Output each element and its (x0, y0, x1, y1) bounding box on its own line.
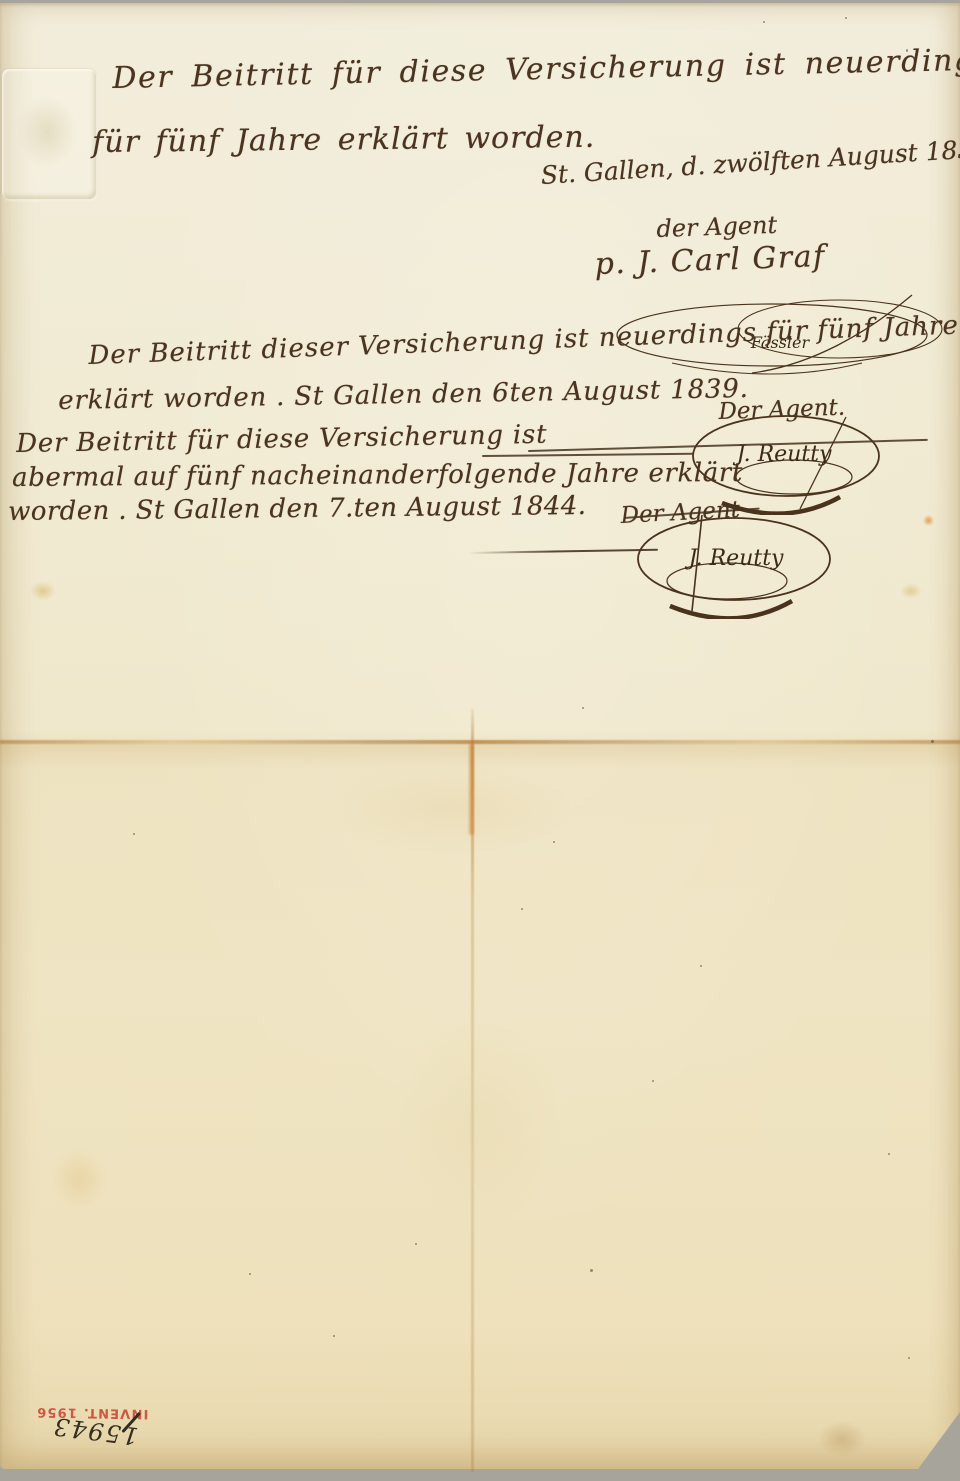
foxing-spot (700, 965, 702, 967)
stain-spot (30, 581, 56, 601)
stain-patch (52, 1149, 106, 1209)
foxing-spot (582, 707, 584, 709)
signature-1844: J. Reutty (632, 511, 844, 619)
foxing-spot (521, 908, 523, 910)
scanned-document: Der Beitritt für diese Versicherung ist … (0, 0, 960, 1481)
foxing-spot (415, 1243, 417, 1245)
stain-wash (400, 1023, 560, 1223)
foxing-spot (249, 1273, 251, 1275)
foxing-spot (845, 17, 847, 19)
entry-1844-line-3: worden . St Gallen den 7.ten August 1844… (8, 491, 587, 527)
signature-1844-text: J. Reutty (685, 546, 785, 571)
foxing-spot (931, 740, 934, 743)
foxing-spot (908, 1357, 910, 1359)
signature-undercurl (670, 601, 792, 618)
entry-1834-signer: p. J. Carl Graf (594, 239, 826, 282)
entry-1834-agent-label: der Agent (656, 211, 778, 243)
paper-sheet: Der Beitritt für diese Versicherung ist … (0, 3, 960, 1469)
foxing-spot (906, 49, 908, 52)
stain-spot (923, 515, 934, 526)
flourish-undercurve (672, 363, 862, 374)
embossed-seal-circle (16, 95, 78, 169)
foxing-spot (553, 841, 555, 843)
stain-spot (818, 1421, 866, 1457)
entry-1834-line-2: für fünf Jahre erklärt worden. (92, 120, 595, 160)
foxing-spot (763, 21, 765, 23)
entry-1834-line-1: Der Beitritt für diese Versicherung ist … (112, 43, 960, 96)
embossed-seal (2, 69, 96, 199)
entry-1834-dateline: St. Gallen, d. zwölften August 1834 (540, 134, 960, 190)
foxing-spot (333, 1335, 335, 1337)
entry-1839-line-2: erklärt worden . St Gallen den 6ten Augu… (58, 374, 749, 416)
entry-1844-line-2: abermal auf fünf nacheinanderfolgende Ja… (12, 458, 743, 493)
foxing-spot (133, 833, 135, 835)
pen-stroke-to-signature-1844 (468, 549, 658, 554)
stain-wash (330, 763, 570, 853)
pen-stroke-to-signature-1839 (482, 453, 694, 457)
foxing-spot (652, 1080, 654, 1082)
foxing-spot (888, 1153, 890, 1155)
foxing-spot (590, 1269, 593, 1272)
entry-1844-line-1: Der Beitritt für diese Versicherung ist (16, 420, 548, 459)
stain-spot (900, 583, 922, 599)
